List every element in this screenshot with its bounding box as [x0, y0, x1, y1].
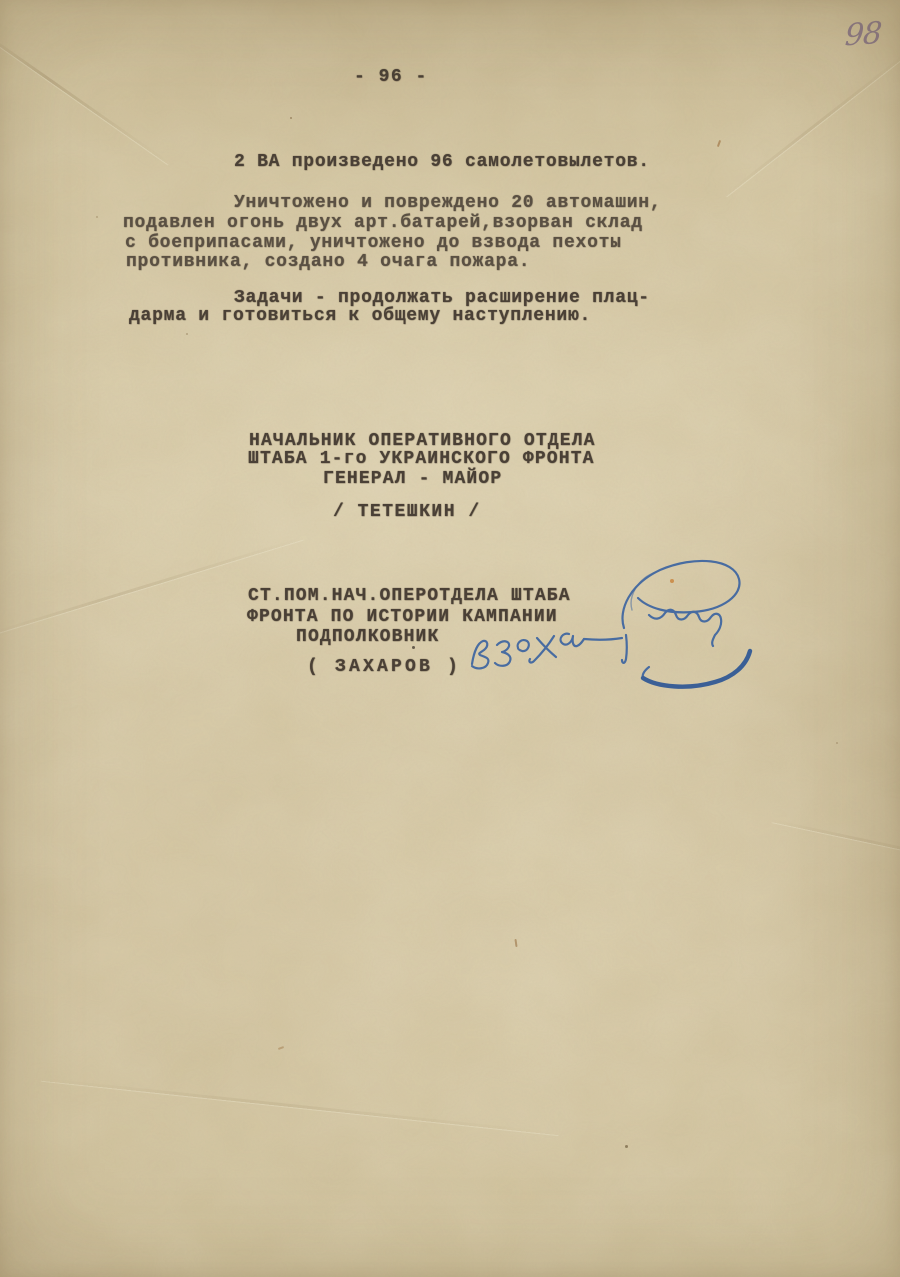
paper-speck — [670, 579, 674, 583]
signatory-primary-title-line: НАЧАЛЬНИК ОПЕРАТИВНОГО ОТДЕЛА — [249, 431, 596, 451]
paper-speck — [186, 333, 188, 335]
paper-speck — [290, 117, 292, 119]
paper-crease — [725, 46, 900, 196]
signatory-secondary-title-line: СТ.ПОМ.НАЧ.ОПЕРОТДЕЛА ШТАБА — [248, 586, 571, 606]
paper-speck — [96, 216, 98, 218]
signatory-primary-title-line: ШТАБА 1-го УКРАИНСКОГО ФРОНТА — [248, 449, 595, 469]
signatory-primary-name: / ТЕТЕШКИН / — [333, 502, 481, 522]
paper-fiber — [278, 1046, 284, 1050]
ink-dot — [412, 646, 415, 649]
signatory-primary-title-line: ГЕНЕРАЛ - МАЙОР — [323, 469, 502, 489]
signatory-secondary-title-line: ФРОНТА ПО ИСТОРИИ КАМПАНИИ — [247, 607, 558, 627]
paper-highlight-texture — [0, 0, 900, 1277]
paper-fiber — [514, 939, 517, 947]
scanned-document-page: 98 - 96 - 2 ВА произведено 96 самолетовы… — [0, 0, 900, 1277]
paper-speck — [625, 1145, 628, 1148]
paper-grain-texture — [0, 0, 900, 1277]
body-line: противника, создано 4 очага пожара. — [126, 252, 530, 272]
paper-fiber — [717, 140, 721, 147]
body-line: Уничтожено и повреждено 20 автомашин, — [234, 193, 661, 213]
paper-speck — [836, 742, 838, 744]
handwritten-folio-number: 98 — [844, 16, 883, 54]
body-line: дарма и готовиться к общему наступлению. — [129, 306, 591, 326]
page-number-header: - 96 - — [354, 67, 428, 87]
paper-crease — [41, 1078, 558, 1135]
paper-stain-texture — [0, 0, 900, 1277]
handwritten-signature-icon — [452, 548, 788, 712]
paper-crease — [0, 30, 170, 164]
body-line: с боеприпасами, уничтожено до взвода пех… — [125, 233, 622, 253]
signatory-secondary-name: ( ЗАХАРОВ ) — [307, 657, 461, 677]
body-line: Задачи - продолжать расширение плац- — [234, 288, 650, 308]
paper-crease — [772, 819, 900, 864]
body-line: подавлен огонь двух арт.батарей,взорван … — [123, 213, 643, 233]
body-line: 2 ВА произведено 96 самолетовылетов. — [234, 152, 650, 172]
signatory-secondary-title-line: ПОДПОЛКОВНИК — [296, 627, 439, 647]
